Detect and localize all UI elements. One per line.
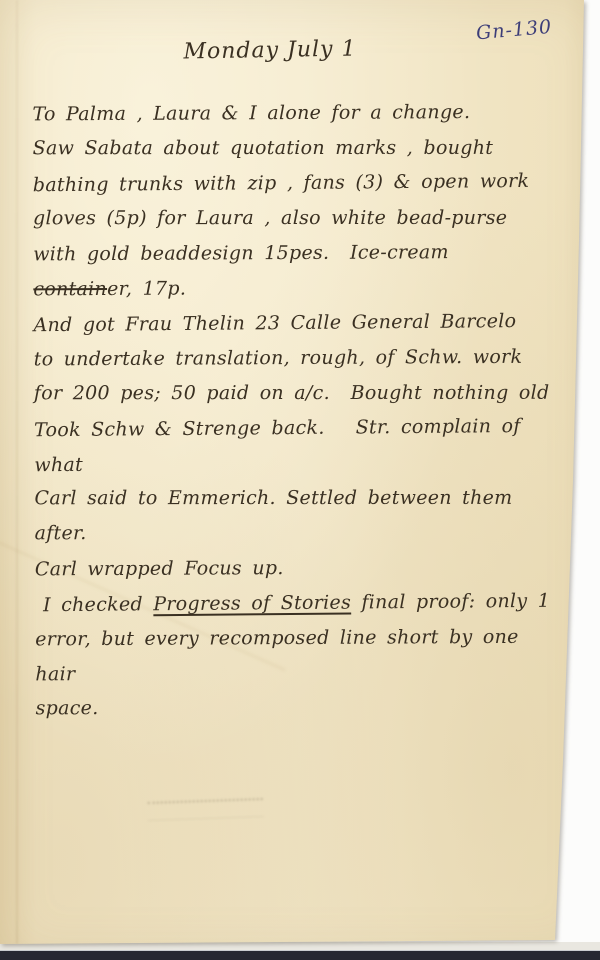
line-12-pre: I checked xyxy=(43,593,153,616)
text-line-3: bathing trunks with zip , fans (3) & ope… xyxy=(33,164,553,204)
text-line-11: Carl wrapped Focus up. xyxy=(35,550,555,588)
text-line-4: gloves (5p) for Laura , also white bead-… xyxy=(33,201,553,236)
text-line-7: to undertake translation, rough, of Schw… xyxy=(34,340,554,378)
line-5-post: er, 17p. xyxy=(107,278,186,300)
line-5-pre: with gold beaddesign 15pes. Ice-cream xyxy=(33,241,459,265)
text-line-10: Carl said to Emmerich. Settled between t… xyxy=(35,481,555,551)
page-title: Monday July 1 xyxy=(150,36,390,65)
text-line-6: And got Frau Thelin 23 Calle General Bar… xyxy=(33,304,553,344)
catalog-number: Gn-130 xyxy=(475,14,577,45)
line-12-post: final proof: only 1 xyxy=(351,590,550,614)
text-line-2: Saw Sabata about quotation marks , bough… xyxy=(33,131,553,166)
paper-shadow-wrap: Gn-130 Monday July 1 To Palma , Laura & … xyxy=(0,0,600,960)
text-line-13: error, but every recomposed line short b… xyxy=(35,620,555,693)
text-line-8: for 200 pes; 50 paid on a/c. Bought noth… xyxy=(34,376,554,411)
diary-entry-text: To Palma , Laura & I alone for a change.… xyxy=(32,95,555,728)
paper-crease-vertical xyxy=(16,0,18,944)
text-line-12: I checked Progress of Stories final proo… xyxy=(35,584,555,624)
paper-sheet: Gn-130 Monday July 1 To Palma , Laura & … xyxy=(0,0,600,960)
underlined-book-title: Progress of Stories xyxy=(153,592,351,616)
text-line-9: Took Schw & Strenge back. Str. complain … xyxy=(34,409,555,484)
text-line-5: with gold beaddesign 15pes. Ice-cream co… xyxy=(33,235,553,308)
scanned-diary-page: Gn-130 Monday July 1 To Palma , Laura & … xyxy=(0,0,600,960)
text-line-14: space. xyxy=(36,691,556,726)
text-line-1: To Palma , Laura & I alone for a change. xyxy=(32,95,552,133)
struck-word: contain xyxy=(33,278,107,300)
faint-pencil-smudge xyxy=(148,798,264,821)
